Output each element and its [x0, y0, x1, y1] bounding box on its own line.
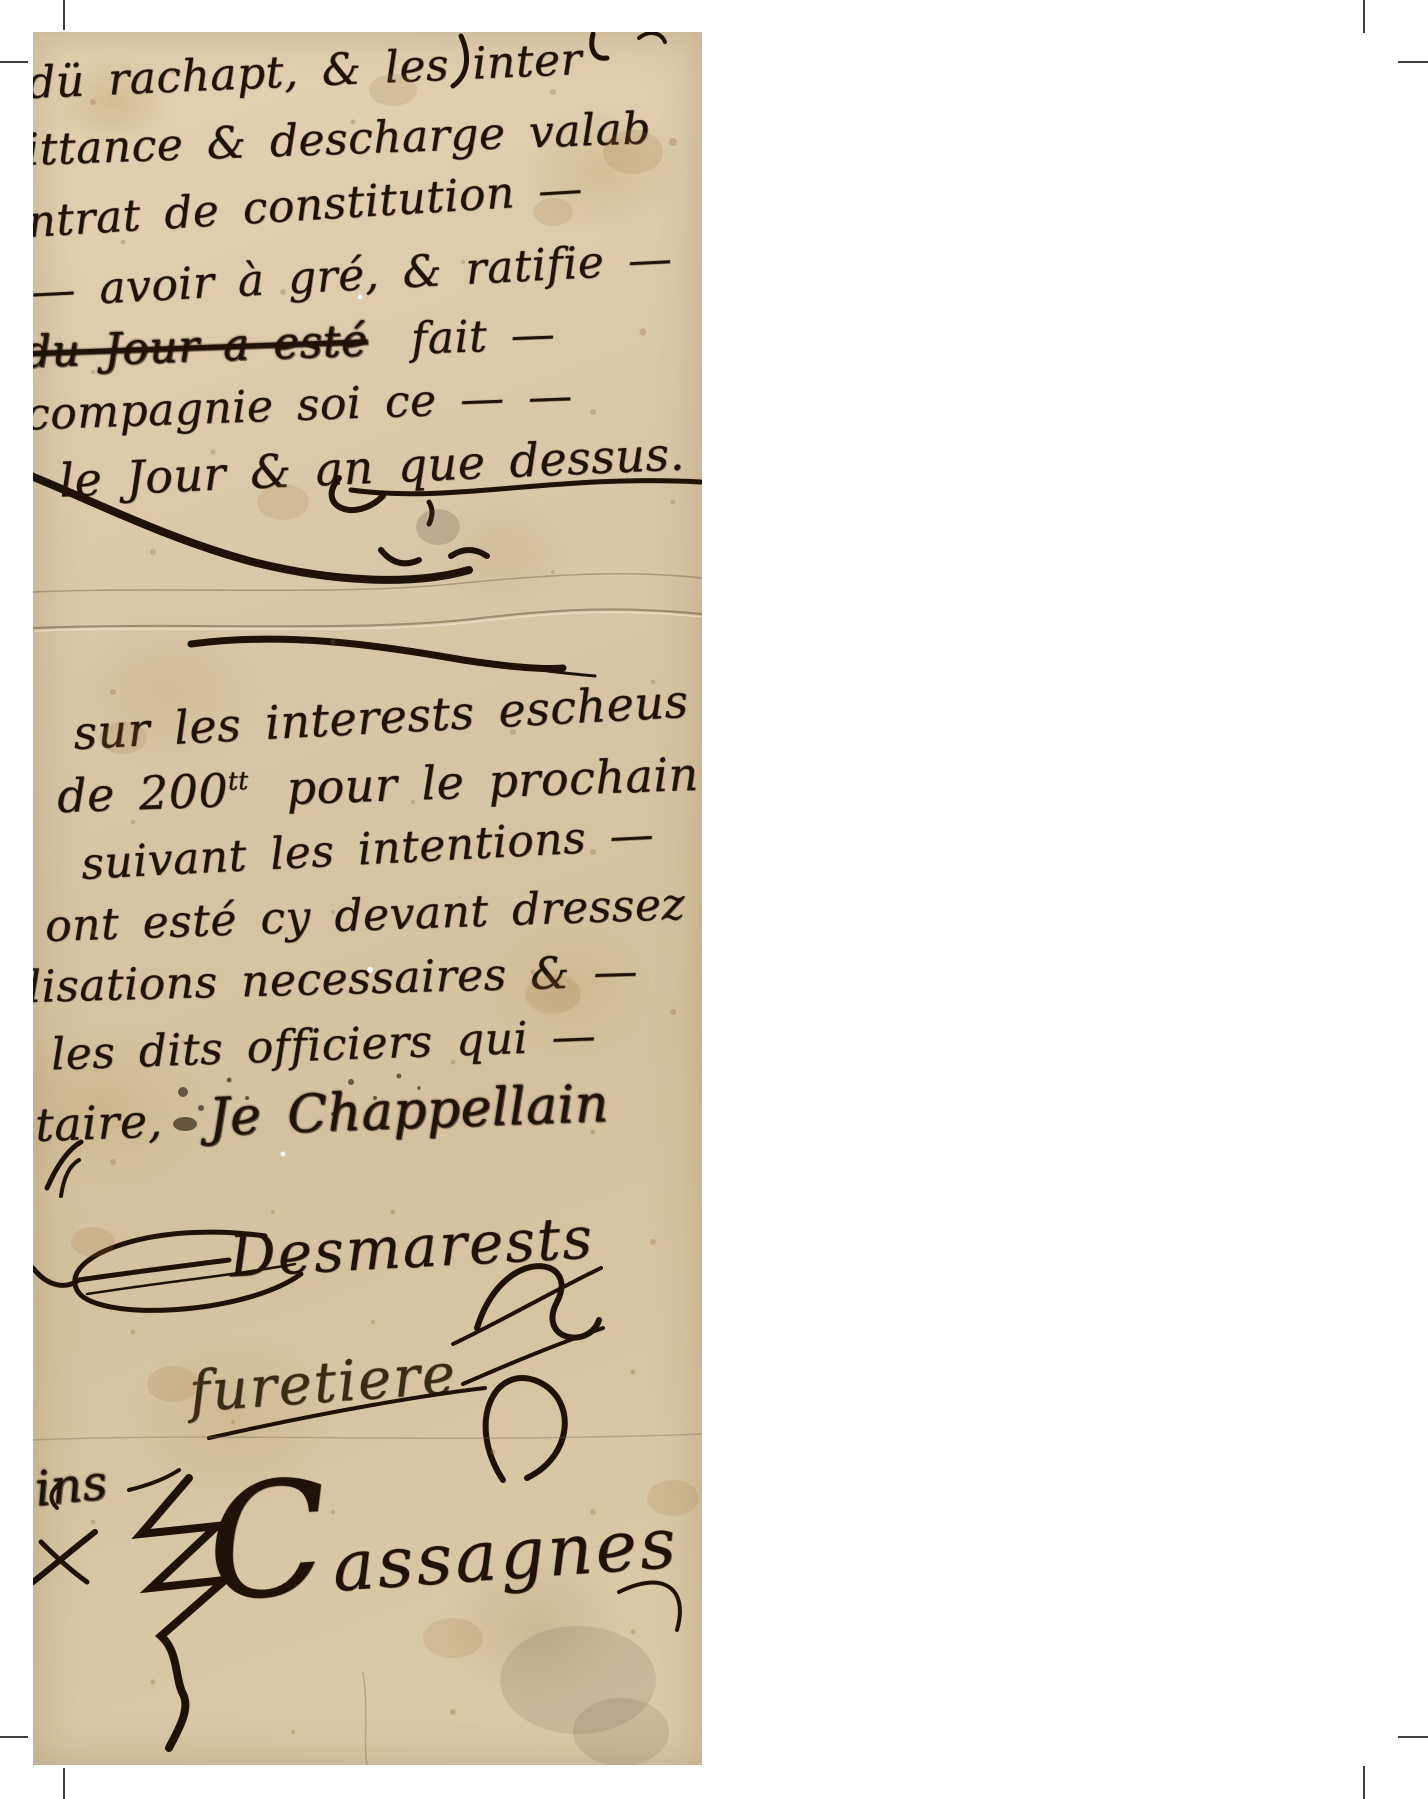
manuscript-line-7: le Jour & an que dessus. — [58, 430, 685, 503]
manuscript-line-13: les dits officiers qui — — [50, 1014, 596, 1077]
heavy-ink-dash-taper — [503, 664, 595, 676]
manuscript-line-11: ont esté cy devant dressez — [44, 883, 685, 949]
crop-mark-top-left-vertical — [63, 0, 65, 30]
desmarets-paraph — [453, 1268, 601, 1344]
crop-mark-top-right-horizontal — [1398, 61, 1428, 63]
fold-crease — [33, 609, 702, 628]
heavy-ink-dash — [191, 639, 563, 668]
cassagnes-curl — [619, 1583, 680, 1630]
page: { "page": { "background": "#ffffff", "cr… — [0, 0, 1428, 1799]
closing-flourish-mark — [451, 550, 487, 556]
manuscript-line-4: — avoir à gré, & ratifie — — [33, 237, 673, 315]
manuscript-line-12: lisations necessaires & — — [33, 950, 638, 1010]
manuscript-line-2: ittance & descharge valab — [33, 107, 652, 173]
manuscript-line-9: de 200tt pour le prochain — [56, 751, 699, 819]
furetiere-paraph — [486, 1378, 565, 1480]
manuscript-scan: dü rachapt, & les inter ittance & descha… — [33, 32, 702, 1765]
desmarets-paraph — [477, 1266, 599, 1337]
fold-crease-highlight — [35, 612, 702, 631]
manuscript-line-3: ntrat de constitution — — [33, 167, 584, 245]
manuscript-line-1: dü rachapt, & les inter — [33, 38, 583, 106]
manuscript-line-10: suivant les intentions — — [80, 813, 655, 887]
closing-flourish-mark — [381, 550, 419, 563]
signature-furetiere: furetiere — [187, 1347, 458, 1422]
crop-mark-bottom-left-vertical — [63, 1768, 65, 1799]
closing-flourish-mark — [429, 502, 432, 524]
signature-fragment-ins: ins — [33, 1458, 110, 1513]
crop-mark-top-left-horizontal — [0, 61, 28, 63]
manuscript-line-14: taire, Je Chappellain — [34, 1078, 609, 1150]
manuscript-line-5: du Jour a esté fait — — [33, 313, 556, 376]
top-cut-stroke — [592, 34, 607, 58]
cross-fragment — [41, 1542, 87, 1582]
livres-tournois-superscript: tt — [227, 766, 248, 796]
furetiere-paraph — [463, 1328, 603, 1384]
ins-dash — [129, 1470, 179, 1490]
crop-mark-top-right-vertical — [1363, 0, 1365, 33]
fold-crease — [33, 574, 702, 592]
crop-mark-bottom-right-horizontal — [1398, 1736, 1428, 1738]
struck-text: du Jour a esté — [33, 315, 368, 378]
crop-mark-bottom-left-horizontal — [0, 1736, 28, 1738]
amount-text: de 200 — [56, 763, 229, 823]
manuscript-line-9-rest: pour le prochain — [286, 747, 700, 815]
signature-cassagnes: Cassagnes — [207, 1512, 680, 1608]
manuscript-line-6: compagnie soi ce — — — [33, 374, 573, 437]
fold-crease-vertical — [363, 1672, 367, 1765]
manuscript-line-14-pre: taire, — [34, 1094, 163, 1152]
crop-mark-bottom-right-vertical — [1363, 1766, 1365, 1799]
fold-crease — [33, 1434, 702, 1440]
signature-desmarets: Desmarests — [228, 1208, 596, 1285]
cross-fragment — [33, 1532, 95, 1582]
margin-fragment-dash — [79, 1260, 229, 1280]
margin-fragment-stroke — [61, 1160, 79, 1196]
manuscript-line-8: sur les interests escheus — [72, 678, 689, 756]
manuscript-line-5-rest: fait — — [410, 309, 556, 365]
top-cut-stroke — [639, 33, 665, 42]
signature-chappellain: Je Chappellain — [208, 1074, 610, 1148]
margin-fragment-stroke — [33, 1268, 79, 1285]
